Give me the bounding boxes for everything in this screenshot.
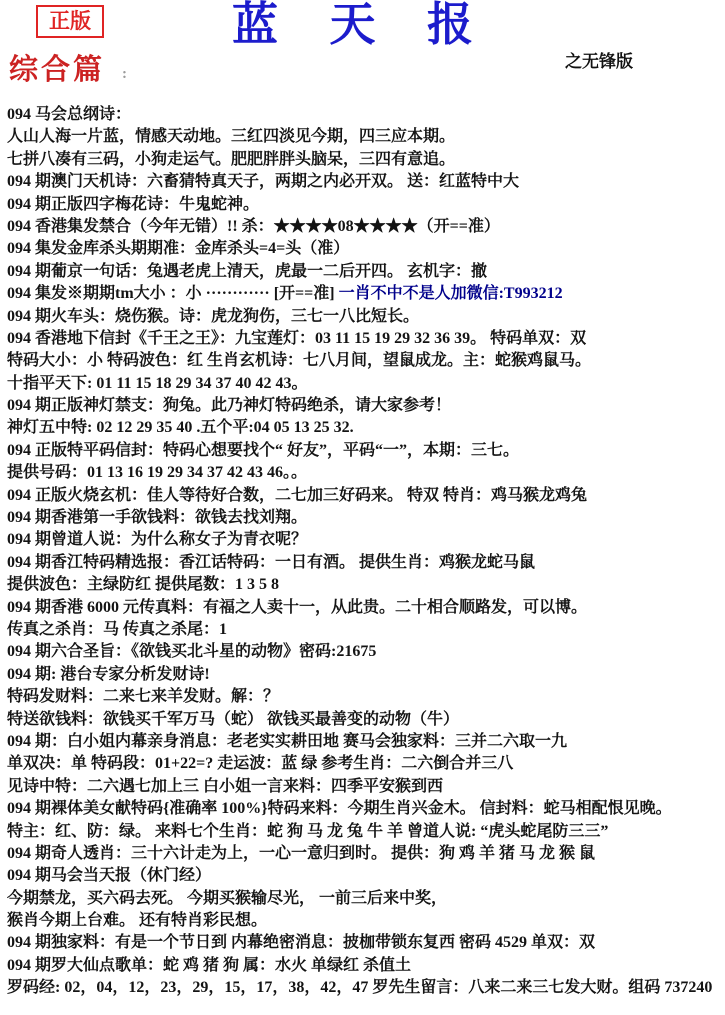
- report-line-segment: 094 期葡京一句话：兔遇老虎上清天，虎最一二后开四。 玄机字：撤: [7, 263, 487, 280]
- report-line: 094 期六合圣旨：《欲钱买北斗星的动物》密码:21675: [7, 641, 721, 663]
- report-line: 094 正版火烧玄机：佳人等待好合数，二七加三好码来。 特双 特肖：鸡马猴龙鸡兔: [7, 485, 721, 507]
- report-line: 094 正版特平码信封：特码心想要找个“ 好友”，平码“一”，本期：三七。: [7, 440, 721, 462]
- report-line: 094 期奇人透肖：三十六计走为上，一心一意归到时。 提供：狗 鸡 羊 猪 马 …: [7, 843, 721, 865]
- report-line: 特送欲钱料：欲钱买千军万马（蛇） 欲钱买最善变的动物（牛）: [7, 709, 721, 731]
- report-line-segment: 十指平天下: 01 11 15 18 29 34 37 40 42 43。: [7, 375, 307, 392]
- report-line-segment: 094 期香港第一手欲钱料：欲钱去找刘翔。: [7, 509, 307, 526]
- report-line-segment: 特送欲钱料：欲钱买千军万马（蛇） 欲钱买最善变的动物（牛）: [7, 711, 459, 728]
- report-line: 094 期罗大仙点歌单：蛇 鸡 猪 狗 属：水火 单绿红 杀值土: [7, 955, 721, 977]
- report-line: 特码大小：小 特码波色：红 生肖玄机诗：七八月间，望鼠成龙。主：蛇猴鸡鼠马。: [7, 350, 721, 372]
- report-line-segment: 094 期澳门天机诗：六畜猜特真天子，两期之内必开双。 送：红蓝特中大: [7, 173, 519, 190]
- report-line-segment: 提供号码：01 13 16 19 29 34 37 42 43 46。。: [7, 464, 307, 481]
- report-line-segment: 罗码经: 02，04，12，23，29，15，17，38，42，47 罗先生留言…: [7, 979, 712, 996]
- report-line: 094 马会总纲诗：: [7, 104, 721, 126]
- report-line-segment: 神灯五中特: 02 12 29 35 40 .五个平:04 05 13 25 3…: [7, 419, 354, 436]
- report-line-segment: 094 期独家料：有是一个节日到 内幕绝密消息：披枷带锁东复西 密码 4529 …: [7, 934, 595, 951]
- report-line-segment: 见诗中特：二六遇七加上三 白小姐一言来料：四季平安猴到西: [7, 778, 443, 795]
- report-page: 正版 蓝 天 报 之无锋版 综合篇 : 094 马会总纲诗：人山人海一片蓝，情感…: [0, 0, 725, 1015]
- report-line: 094 期葡京一句话：兔遇老虎上清天，虎最一二后开四。 玄机字：撤: [7, 261, 721, 283]
- report-line: 094 期火车头：烧伤猴。诗：虎龙狗伤，三七一八比短长。: [7, 306, 721, 328]
- report-line: 094 期独家料：有是一个节日到 内幕绝密消息：披枷带锁东复西 密码 4529 …: [7, 932, 721, 954]
- section-title: 综合篇: [9, 56, 105, 85]
- report-line-segment: 094 集发金库杀头期期准：金库杀头=4=头（准）: [7, 240, 349, 257]
- report-line: 罗码经: 02，04，12，23，29，15，17，38，42，47 罗先生留言…: [7, 977, 721, 999]
- report-line-segment: 今期禁龙，买六码去死。 今期买猴输尽光， 一前三后来中奖，: [7, 890, 447, 907]
- report-line: 传真之杀肖：马 传真之杀尾：1: [7, 619, 721, 641]
- report-line: 094 期马会当天报（休门经）: [7, 865, 721, 887]
- report-line: 094 期澳门天机诗：六畜猜特真天子，两期之内必开双。 送：红蓝特中大: [7, 171, 721, 193]
- report-line-segment: 094 香港集发禁合（今年无错）!! 杀：★★★★08★★★★（开==准）: [7, 218, 500, 235]
- report-line-segment: 传真之杀肖：马 传真之杀尾：1: [7, 621, 227, 638]
- report-line-segment: 094 期正版四字梅花诗：牛鬼蛇神。: [7, 196, 259, 213]
- report-line-segment: 094 期香港 6000 元传真料：有福之人卖十一，从此贵。二十相合顺路发，可以…: [7, 599, 587, 616]
- report-line: 094 香港地下信封《千王之王》：九宝莲灯：03 11 15 19 29 32 …: [7, 328, 721, 350]
- report-line: 094 期正版四字梅花诗：牛鬼蛇神。: [7, 194, 721, 216]
- report-line: 094 期香江特码精选报：香江话特码：一日有酒。 提供生肖：鸡猴龙蛇马鼠: [7, 552, 721, 574]
- report-line: 094 期香港第一手欲钱料：欲钱去找刘翔。: [7, 507, 721, 529]
- report-line-segment: 094 期马会当天报（休门经）: [7, 867, 211, 884]
- report-line-segment: 094 香港地下信封《千王之王》：九宝莲灯：03 11 15 19 29 32 …: [7, 330, 586, 347]
- report-line-segment: 094 期罗大仙点歌单：蛇 鸡 猪 狗 属：水火 单绿红 杀值土: [7, 957, 411, 974]
- report-line: 094 期：白小姐内幕亲身消息：老老实实耕田地 赛马会独家料：三并二六取一九: [7, 731, 721, 753]
- page-title: 蓝 天 报: [0, 0, 725, 51]
- report-line-segment: 094 期裸体美女献特码{准确率 100%}特码来料：今期生肖兴金木。 信封料：…: [7, 800, 672, 817]
- report-line-segment: 094 期正版神灯禁支：狗兔。此乃神灯特码绝杀，请大家参考！: [7, 397, 451, 414]
- report-line: 人山人海一片蓝，情感天动地。三红四淡见今期，四三应本期。: [7, 126, 721, 148]
- report-body: 094 马会总纲诗：人山人海一片蓝，情感天动地。三红四淡见今期，四三应本期。七拼…: [7, 104, 721, 1000]
- report-line-segment: 提供波色：主绿防红 提供尾数：1 3 5 8: [7, 576, 279, 593]
- report-line-segment: 094 期奇人透肖：三十六计走为上，一心一意归到时。 提供：狗 鸡 羊 猪 马 …: [7, 845, 595, 862]
- report-line-segment: 单双决：单 特码段：01+22=? 走运波：蓝 绿 参考生肖：二六倒合并三八: [7, 755, 513, 772]
- report-line-segment: 094 马会总纲诗：: [7, 106, 131, 123]
- report-line-segment: 094 期香江特码精选报：香江话特码：一日有酒。 提供生肖：鸡猴龙蛇马鼠: [7, 554, 535, 571]
- report-line: 单双决：单 特码段：01+22=? 走运波：蓝 绿 参考生肖：二六倒合并三八: [7, 753, 721, 775]
- report-line-segment: 094 正版火烧玄机：佳人等待好合数，二七加三好码来。 特双 特肖：鸡马猴龙鸡兔: [7, 487, 587, 504]
- report-line: 提供号码：01 13 16 19 29 34 37 42 43 46。。: [7, 462, 721, 484]
- report-line: 猴肖今期上台难。 还有特肖彩民想。: [7, 910, 721, 932]
- edition-label: 之无锋版: [565, 47, 633, 72]
- report-line-segment: 094 期六合圣旨：《欲钱买北斗星的动物》密码:21675: [7, 643, 376, 660]
- report-line: 七拼八凑有三码，小狗走运气。肥肥胖胖头脑呆，三四有意追。: [7, 149, 721, 171]
- report-line: 特主：红、防：绿。 来料七个生肖：蛇 狗 马 龙 兔 牛 羊 曾道人说: “虎头…: [7, 821, 721, 843]
- report-line: 今期禁龙，买六码去死。 今期买猴输尽光， 一前三后来中奖，: [7, 888, 721, 910]
- report-line-segment: 094 期：白小姐内幕亲身消息：老老实实耕田地 赛马会独家料：三并二六取一九: [7, 733, 567, 750]
- report-line-segment: 094 正版特平码信封：特码心想要找个“ 好友”，平码“一”，本期：三七。: [7, 442, 519, 459]
- report-line: 094 期正版神灯禁支：狗兔。此乃神灯特码绝杀，请大家参考！: [7, 395, 721, 417]
- report-line-segment: 094 期火车头：烧伤猴。诗：虎龙狗伤，三七一八比短长。: [7, 308, 419, 325]
- report-line: 094 集发※期期tm大小 ：小 ············ [开==准] 一肖不…: [7, 283, 721, 305]
- report-line: 见诗中特：二六遇七加上三 白小姐一言来料：四季平安猴到西: [7, 776, 721, 798]
- report-line: 094 期: 港台专家分析发财诗!: [7, 664, 721, 686]
- report-line: 094 集发金库杀头期期准：金库杀头=4=头（准）: [7, 238, 721, 260]
- report-line: 094 香港集发禁合（今年无错）!! 杀：★★★★08★★★★（开==准）: [7, 216, 721, 238]
- report-line-segment: 特主：红、防：绿。 来料七个生肖：蛇 狗 马 龙 兔 牛 羊 曾道人说: “虎头…: [7, 823, 608, 840]
- report-line-segment: 094 期曾道人说：为什么称女子为青衣呢？: [7, 531, 307, 548]
- report-line-segment: 特码大小：小 特码波色：红 生肖玄机诗：七八月间，望鼠成龙。主：蛇猴鸡鼠马。: [7, 352, 591, 369]
- report-line: 十指平天下: 01 11 15 18 29 34 37 40 42 43。: [7, 373, 721, 395]
- report-line: 094 期曾道人说：为什么称女子为青衣呢？: [7, 529, 721, 551]
- report-line-segment: 一肖不中不是人加微信:T993212: [339, 285, 563, 302]
- report-line-segment: 094 集发※期期tm大小 ：小 ············ [开==准]: [7, 285, 339, 302]
- report-line-segment: 特码发财料：二来七来羊发财。解：？: [7, 688, 279, 705]
- report-line-segment: 人山人海一片蓝，情感天动地。三红四淡见今期，四三应本期。: [7, 128, 455, 145]
- report-line: 094 期香港 6000 元传真料：有福之人卖十一，从此贵。二十相合顺路发，可以…: [7, 597, 721, 619]
- report-line: 094 期裸体美女献特码{准确率 100%}特码来料：今期生肖兴金木。 信封料：…: [7, 798, 721, 820]
- report-line: 神灯五中特: 02 12 29 35 40 .五个平:04 05 13 25 3…: [7, 417, 721, 439]
- report-line: 提供波色：主绿防红 提供尾数：1 3 5 8: [7, 574, 721, 596]
- section-colon: :: [122, 66, 127, 83]
- report-line-segment: 猴肖今期上台难。 还有特肖彩民想。: [7, 912, 267, 929]
- report-line-segment: 094 期: 港台专家分析发财诗!: [7, 666, 210, 683]
- report-line: 特码发财料：二来七来羊发财。解：？: [7, 686, 721, 708]
- report-line-segment: 七拼八凑有三码，小狗走运气。肥肥胖胖头脑呆，三四有意追。: [7, 151, 455, 168]
